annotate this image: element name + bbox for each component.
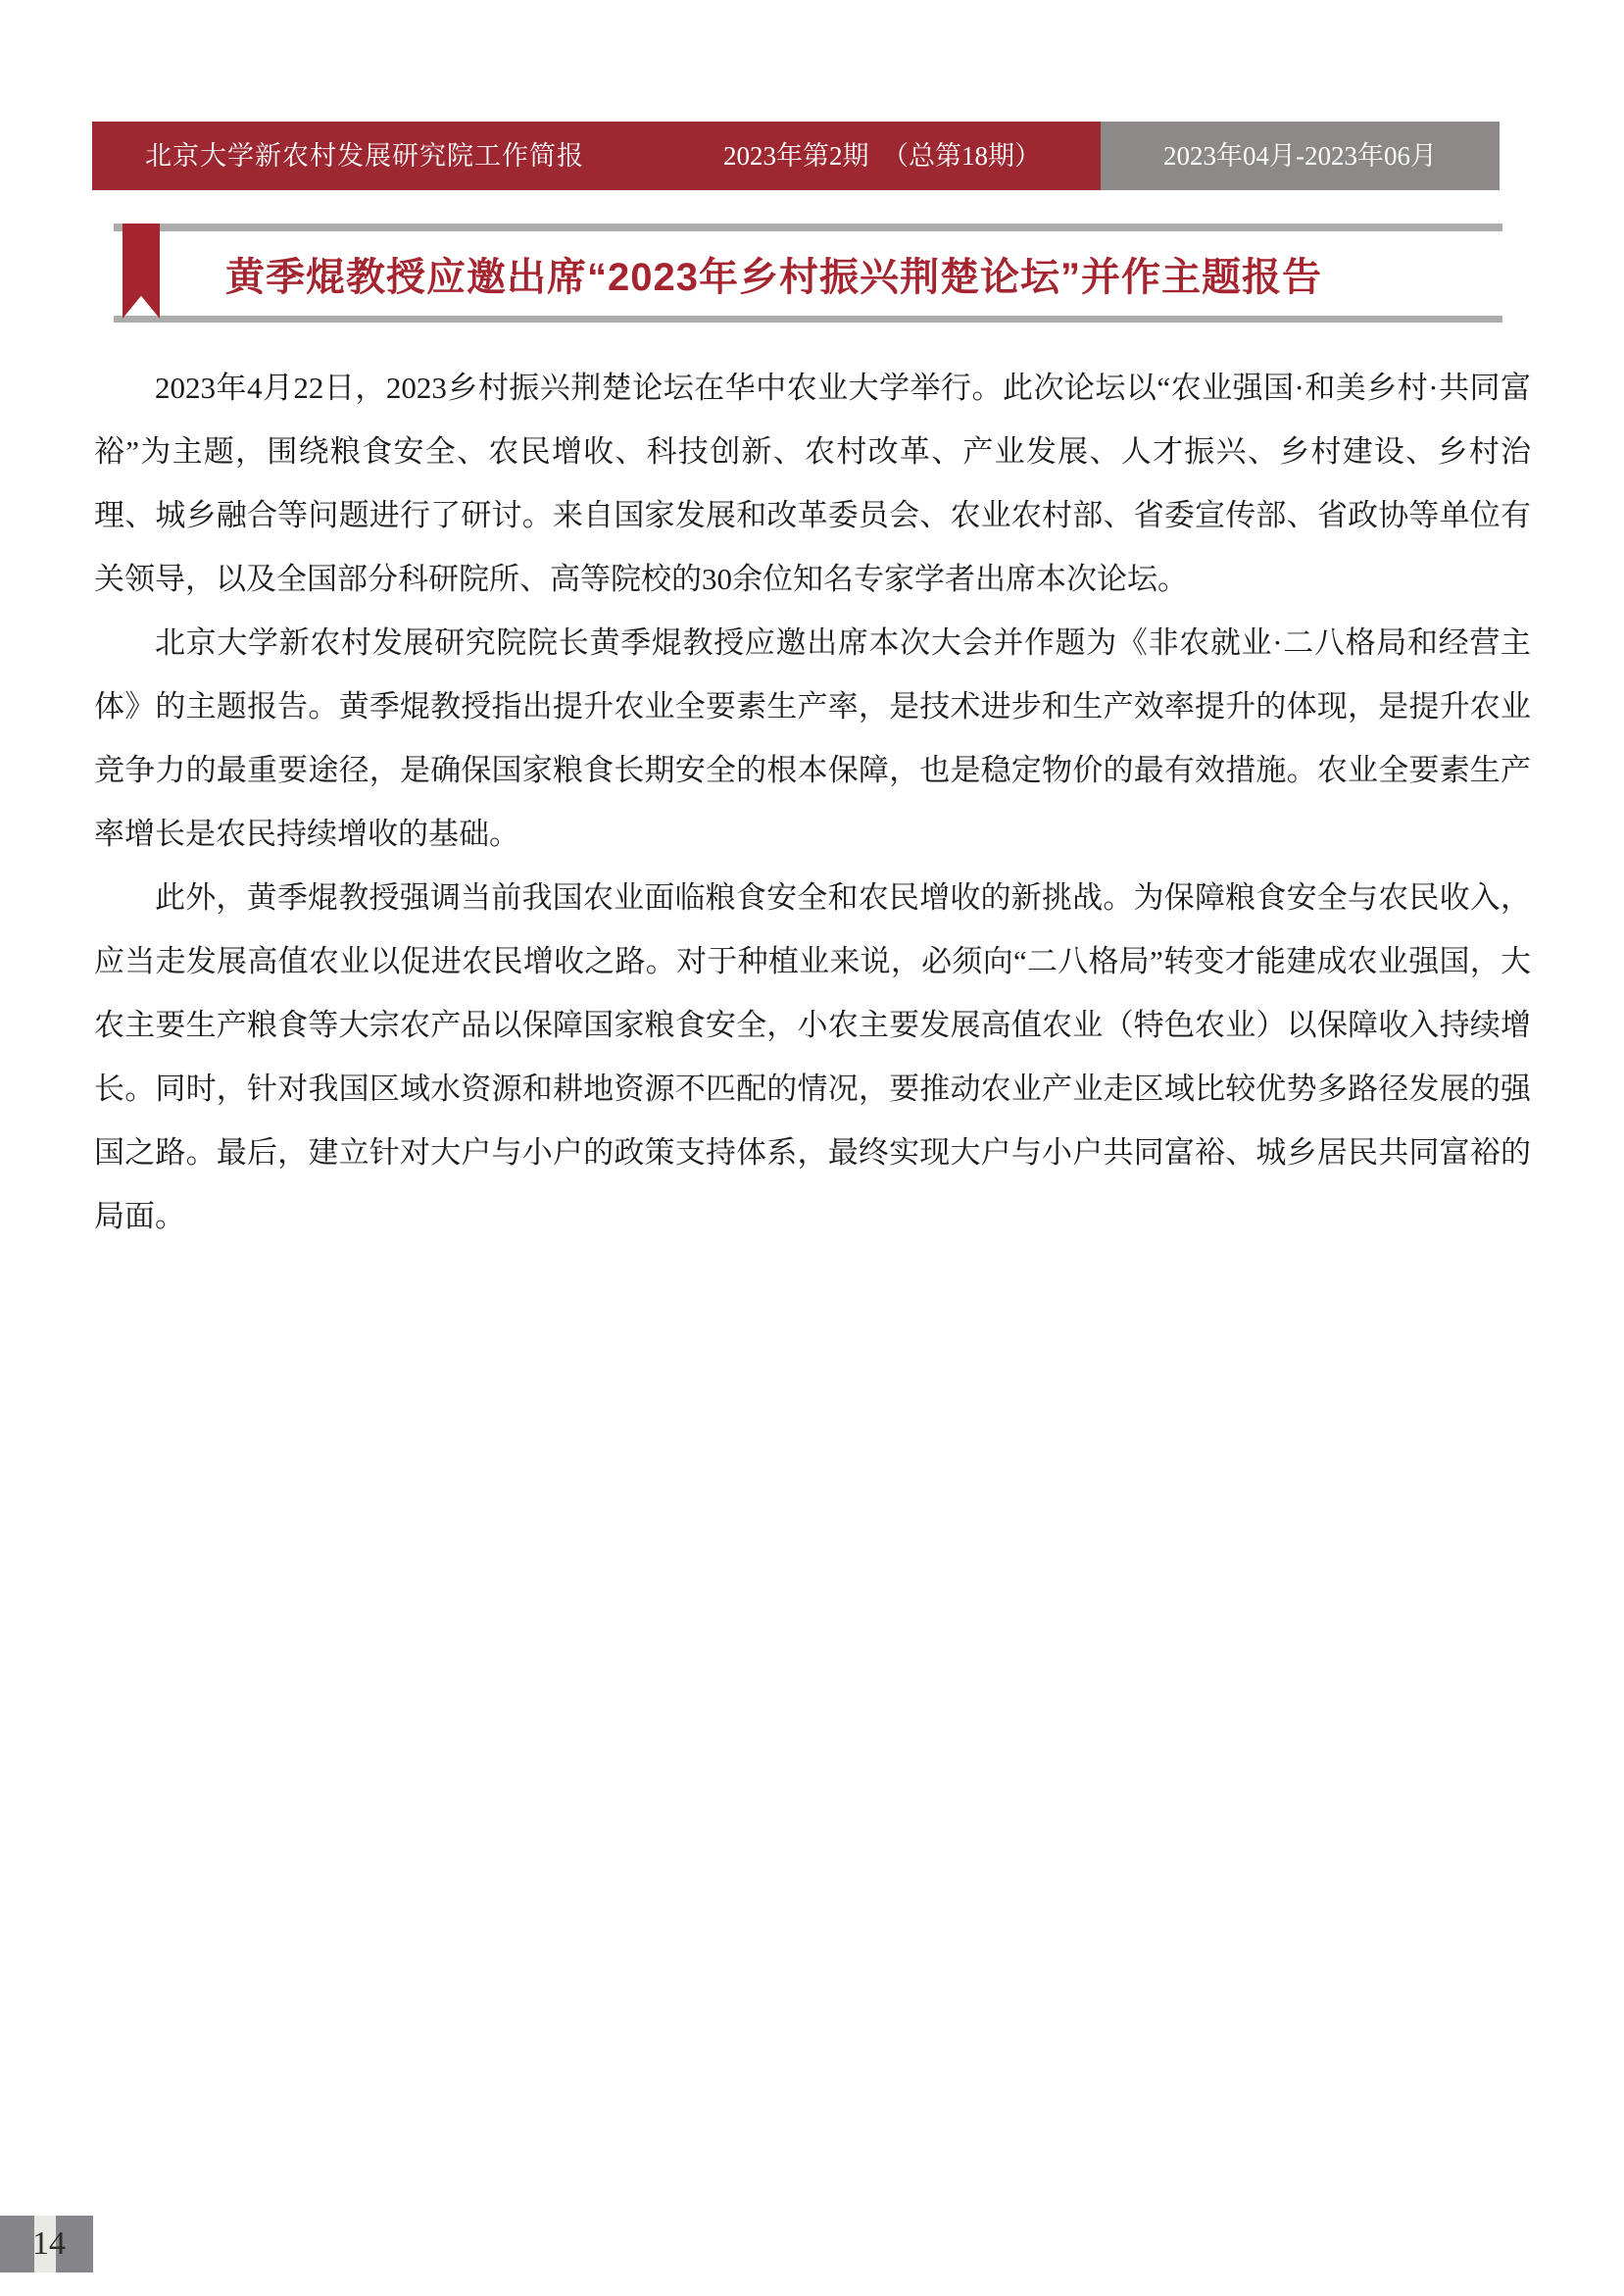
paragraph-2: 北京大学新农村发展研究院院长黄季焜教授应邀出席本次大会并作题为《非农就业·二八格… xyxy=(94,611,1531,866)
article-title: 黄季焜教授应邀出席“2023年乡村振兴荆楚论坛”并作主题报告 xyxy=(114,246,1322,302)
masthead-red-bar: 北京大学新农村发展研究院工作简报 2023年第2期 （总第18期） xyxy=(92,122,1101,190)
banner-bottom-border xyxy=(114,316,1502,323)
article-body: 2023年4月22日，2023乡村振兴荆楚论坛在华中农业大学举行。此次论坛以“农… xyxy=(94,356,1531,1248)
paragraph-3: 此外，黄季焜教授强调当前我国农业面临粮食安全和农民增收的新挑战。为保障粮食安全与… xyxy=(94,866,1531,1248)
document-page: 北京大学新农村发展研究院工作简报 2023年第2期 （总第18期） 2023年0… xyxy=(0,0,1624,2296)
banner-body: 黄季焜教授应邀出席“2023年乡村振兴荆楚论坛”并作主题报告 xyxy=(114,231,1502,316)
page-number-block: 14 xyxy=(0,2216,93,2272)
banner-top-border xyxy=(114,224,1502,231)
issue-info: 2023年第2期 （总第18期） xyxy=(723,122,1041,190)
paragraph-1: 2023年4月22日，2023乡村振兴荆楚论坛在华中农业大学举行。此次论坛以“农… xyxy=(94,356,1531,611)
date-range-bar: 2023年04月-2023年06月 xyxy=(1101,122,1500,190)
newsletter-title: 北京大学新农村发展研究院工作简报 xyxy=(145,122,584,190)
page-number: 14 xyxy=(29,2216,69,2272)
